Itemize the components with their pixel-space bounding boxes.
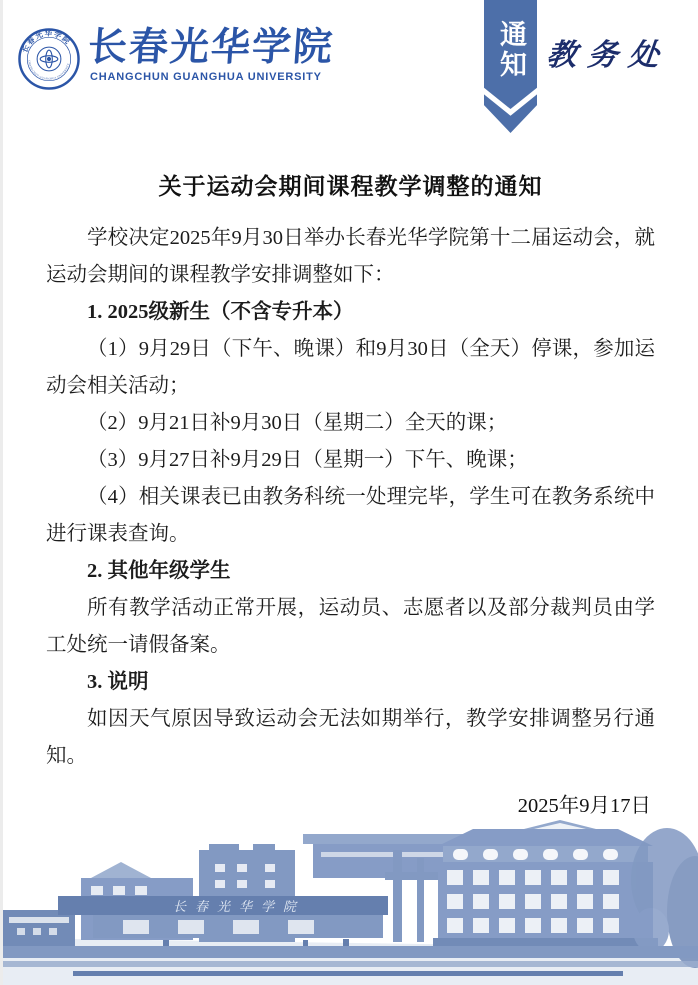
notice-paragraph: 如因天气原因导致运动会无法如期举行，教学安排调整另行通知。 (46, 701, 655, 775)
notice-page: { "header": { "university_name_zh": "长春光… (0, 0, 698, 985)
notice-date: 2025年9月17日 (3, 788, 698, 818)
university-name-en: CHANGCHUN GUANGHUA UNIVERSITY (90, 71, 334, 83)
seal-center-motif (37, 47, 61, 71)
notice-body: 学校决定2025年9月30日举办长春光华学院第十二届运动会，就运动会期间的课程教… (3, 220, 698, 775)
notice-title: 关于运动会期间课程教学调整的通知 (3, 168, 698, 201)
ribbon-label: 通知 (497, 20, 524, 80)
notice-paragraph: 3. 说明 (46, 664, 655, 701)
department-name: 教务处 (545, 30, 673, 74)
notice-paragraph: （2）9月21日补9月30日（星期二）全天的课； (46, 405, 655, 442)
notice-paragraph: 所有教学活动正常开展，运动员、志愿者以及部分裁判员由学工处统一请假备案。 (46, 590, 655, 664)
university-name-zh: 长春光华学院 (87, 27, 336, 69)
notice-paragraph: 1. 2025级新生（不含专升本） (46, 294, 655, 331)
university-seal-icon: 长春光华学院 CHANGCHUN GUANGHUA UNIVERSITY (17, 27, 81, 91)
notice-paragraph: （4）相关课表已由教务科统一处理完毕，学生可在教务系统中进行课表查询。 (46, 479, 655, 553)
campus-buildings-watermark: 长春光华学院 (3, 820, 698, 985)
notice-ribbon-icon: 通知 (484, 0, 537, 133)
logo-wordmark: 长春光华学院 CHANGCHUN GUANGHUA UNIVERSITY (88, 27, 334, 83)
notice-paragraph: （3）9月27日补9月29日（星期一）下午、晚课； (46, 442, 655, 479)
header: 长春光华学院 CHANGCHUN GUANGHUA UNIVERSITY 长春光… (3, 0, 698, 138)
right-building (433, 820, 658, 946)
notice-paragraph: （1）9月29日（下午、晚课）和9月30日（全天）停课，参加运动会相关活动； (46, 331, 655, 405)
notice-paragraph: 2. 其他年级学生 (46, 553, 655, 590)
university-logo: 长春光华学院 CHANGCHUN GUANGHUA UNIVERSITY 长春光… (17, 27, 334, 91)
gate-sign-text: 长春光华学院 (173, 899, 305, 914)
notice-paragraph: 学校决定2025年9月30日举办长春光华学院第十二届运动会，就运动会期间的课程教… (46, 220, 655, 294)
